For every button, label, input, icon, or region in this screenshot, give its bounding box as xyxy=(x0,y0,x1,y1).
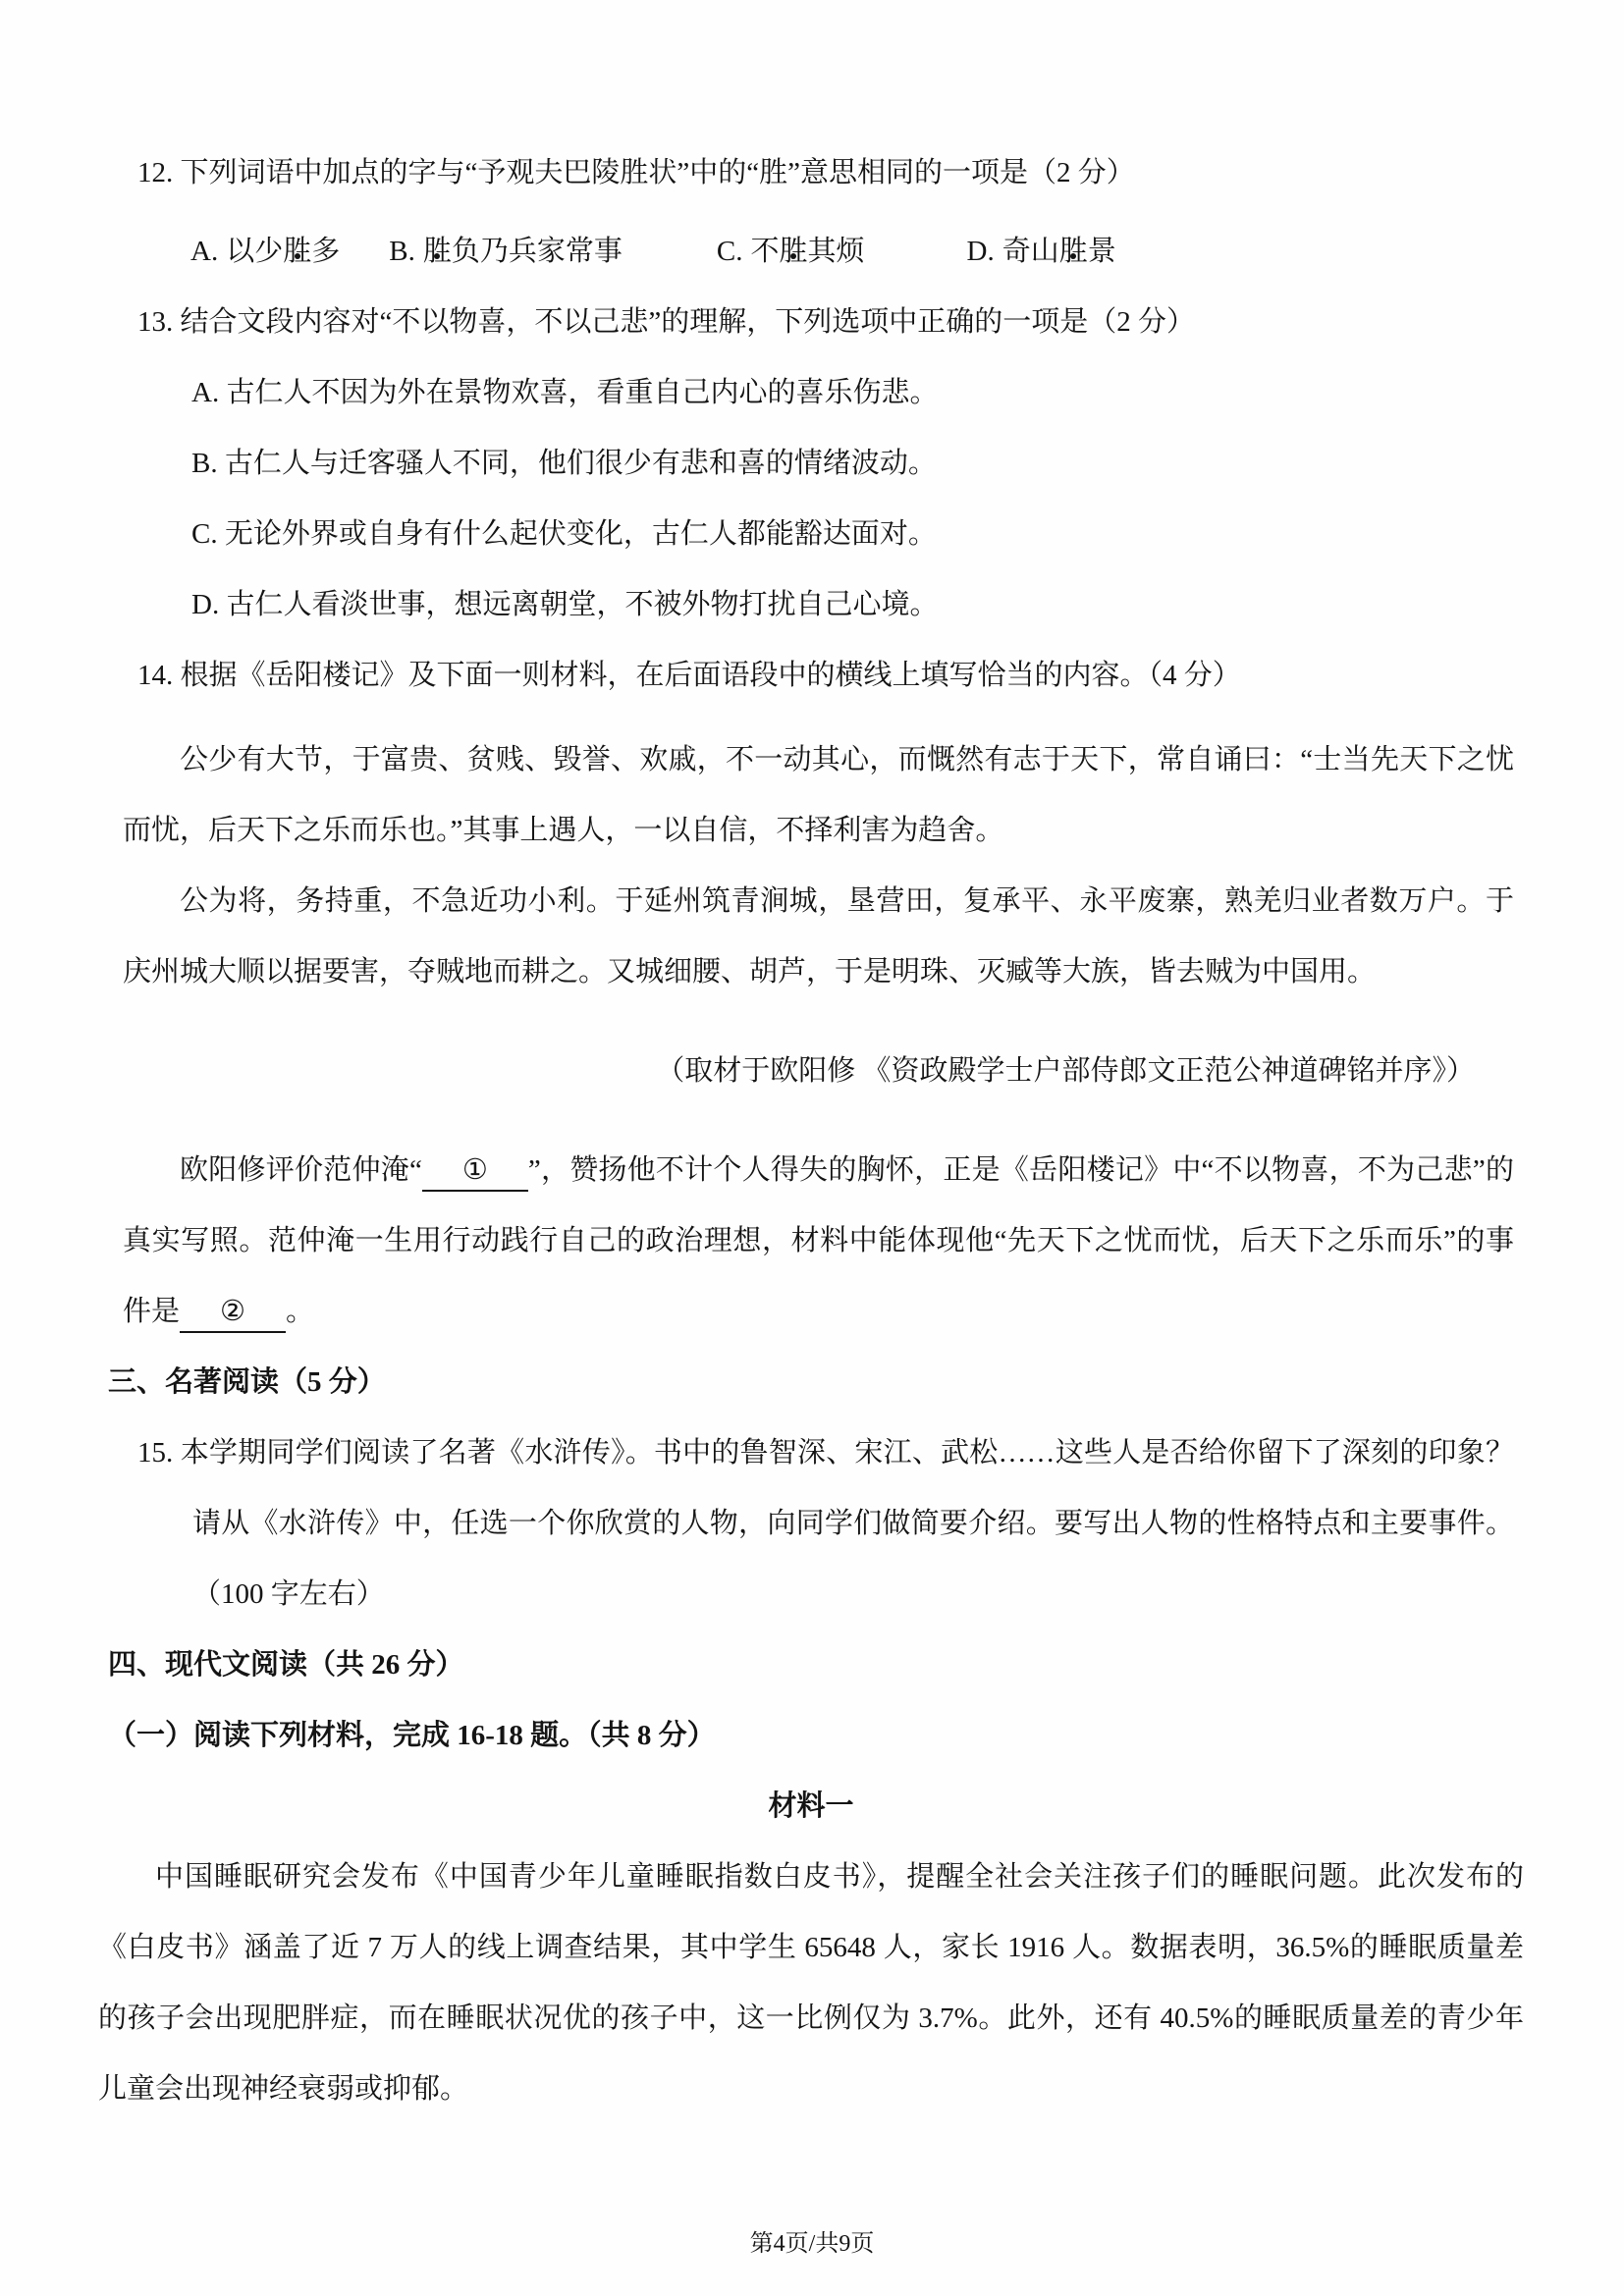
q12-option-d-dotted-char: 胜 xyxy=(1059,236,1088,267)
material-1-heading: 材料一 xyxy=(108,1771,1514,1842)
q14-blank-2: ② xyxy=(180,1292,286,1333)
q13-option-c: C. 无论外界或自身有什么起伏变化，古仁人都能豁达面对。 xyxy=(191,499,1514,569)
question-12-title: 12. 下列词语中加点的字与“予观夫巴陵胜状”中的“胜”意思相同的一项是（2 分… xyxy=(137,137,1514,208)
q13-option-a: A. 古仁人不因为外在景物欢喜，看重自己内心的喜乐伤悲。 xyxy=(191,357,1514,428)
q14-source-attribution: （取材于欧阳修 《资政殿学士户部侍郎文正范公神道碑铭并序》） xyxy=(108,1036,1475,1106)
q12-option-d-text-after: 景 xyxy=(1088,236,1116,267)
question-14-title: 14. 根据《岳阳楼记》及下面一则材料，在后面语段中的横线上填写恰当的内容。（4… xyxy=(137,640,1514,711)
section-4-heading: 四、现代文阅读（共 26 分） xyxy=(108,1629,1514,1700)
q12-option-b-label: B. xyxy=(389,236,415,267)
q12-option-d: D.奇山胜景 xyxy=(967,216,1116,287)
q13-option-b: B. 古仁人与迁客骚人不同，他们很少有悲和喜的情绪波动。 xyxy=(191,428,1514,499)
q14-analysis-text-3: 。 xyxy=(286,1296,314,1327)
material-1-paragraph: 中国睡眠研究会发布《中国青少年儿童睡眠指数白皮书》，提醒全社会关注孩子们的睡眠问… xyxy=(98,1842,1524,2124)
question-12-options: A.以少胜多 B.胜负乃兵家常事 C.不胜其烦 D.奇山胜景 xyxy=(108,216,1514,287)
q14-source-paragraph-1: 公少有大节，于富贵、贫贱、毁誉、欢戚，不一动其心，而慨然有志于天下，常自诵曰：“… xyxy=(123,724,1514,866)
q12-option-a-label: A. xyxy=(190,236,218,267)
q12-option-c-text-before: 不 xyxy=(750,236,779,267)
q12-option-d-text-before: 奇山 xyxy=(1002,236,1059,267)
page-number-footer: 第4页/共9页 xyxy=(0,2224,1624,2264)
q12-option-b-text-after: 负乃兵家常事 xyxy=(452,236,623,267)
q12-option-c-text-after: 其烦 xyxy=(808,236,865,267)
q12-option-c: C.不胜其烦 xyxy=(717,216,865,287)
q14-blank-1: ① xyxy=(422,1150,528,1192)
q12-option-c-dotted-char: 胜 xyxy=(779,236,807,267)
q14-analysis-text-1: 欧阳修评价范仲淹“ xyxy=(180,1154,422,1186)
part-1-heading: （一）阅读下列材料，完成 16-18 题。（共 8 分） xyxy=(108,1700,1514,1771)
q12-option-b-dotted-char: 胜 xyxy=(423,236,452,267)
exam-page: 12. 下列词语中加点的字与“予观夫巴陵胜状”中的“胜”意思相同的一项是（2 分… xyxy=(0,0,1624,2296)
q12-option-d-label: D. xyxy=(967,236,995,267)
q12-option-a-dotted-char: 胜 xyxy=(283,236,311,267)
q12-option-a: A.以少胜多 xyxy=(190,216,340,287)
q12-option-c-label: C. xyxy=(717,236,743,267)
q14-source-paragraph-2: 公为将，务持重，不急近功小利。于延州筑青涧城，垦营田，复承平、永平废寨，熟羌归业… xyxy=(123,866,1514,1007)
section-3-heading: 三、名著阅读（5 分） xyxy=(108,1347,1514,1417)
question-13-title: 13. 结合文段内容对“不以物喜，不以己悲”的理解，下列选项中正确的一项是（2 … xyxy=(137,287,1514,357)
question-15-text: 15. 本学期同学们阅读了名著《水浒传》。书中的鲁智深、宋江、武松……这些人是否… xyxy=(137,1417,1514,1629)
q12-option-a-text-after: 多 xyxy=(311,236,340,267)
q12-option-b: B.胜负乃兵家常事 xyxy=(389,216,623,287)
q12-option-a-text-before: 以少 xyxy=(226,236,283,267)
q14-analysis-paragraph: 欧阳修评价范仲淹“①”，赞扬他不计个人得失的胸怀，正是《岳阳楼记》中“不以物喜，… xyxy=(123,1135,1514,1347)
q13-option-d: D. 古仁人看淡世事，想远离朝堂，不被外物打扰自己心境。 xyxy=(191,569,1514,640)
